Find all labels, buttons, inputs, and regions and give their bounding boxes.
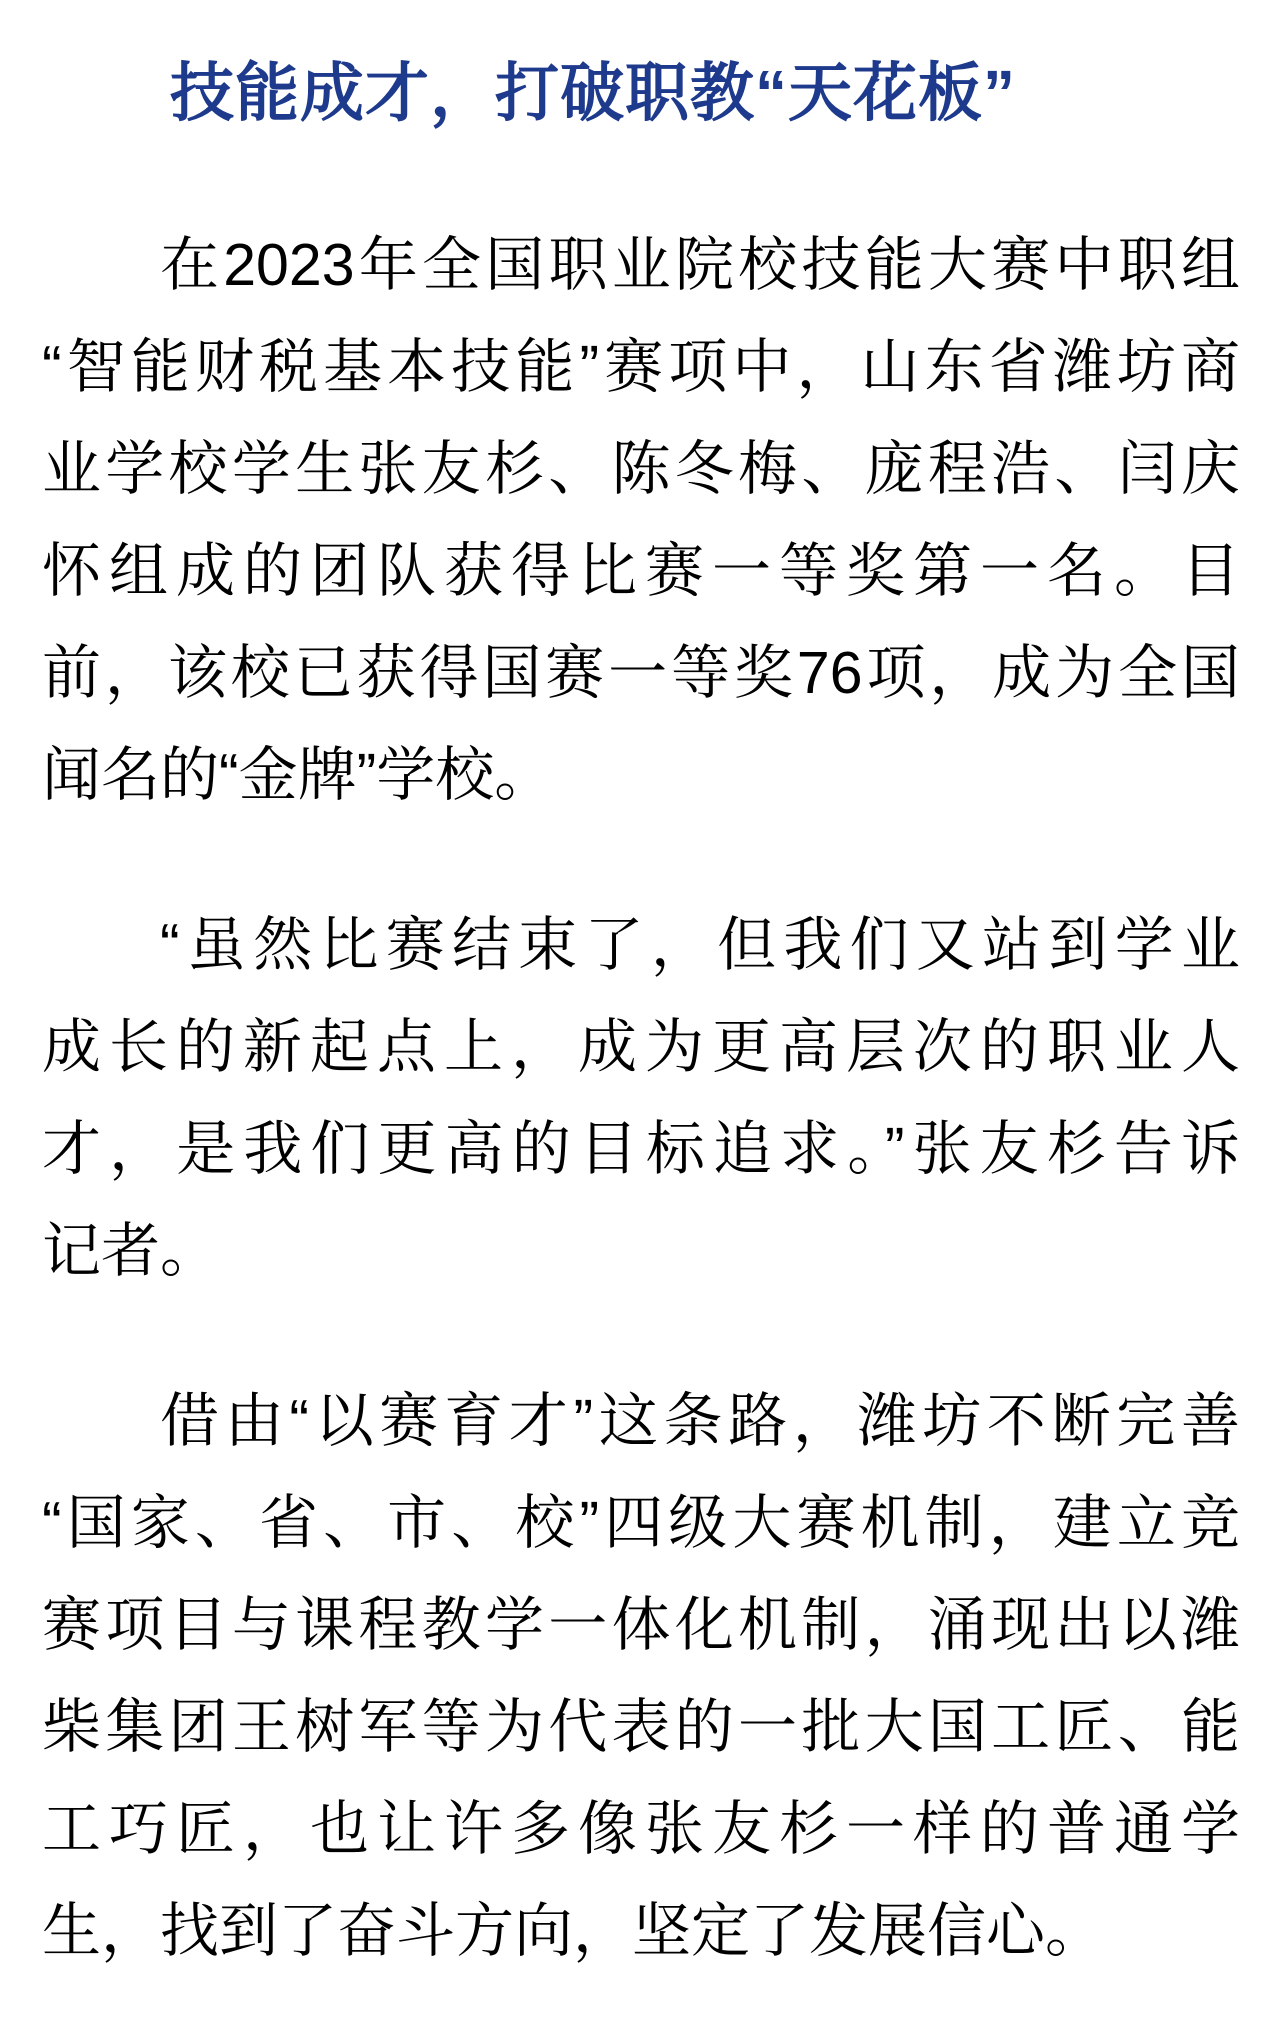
article-page: 技能成才，打破职教“天花板” 在2023年全国职业院校技能大赛中职组“智能财税基… [0,0,1284,2040]
article-title: 技能成才，打破职教“天花板” [42,42,1240,144]
text-line: 生，找到了奋斗方向，坚定了发展信心。 [42,1880,1240,1982]
text-line: 赛项目与课程教学一体化机制，涌现出以潍 [42,1574,1240,1676]
text-line: 闻名的“金牌”学校。 [42,724,1240,826]
paragraph-2: “虽然比赛结束了，但我们又站到学业成长的新起点上，成为更高层次的职业人才，是我们… [42,894,1240,1302]
text-line: 业学校学生张友杉、陈冬梅、庞程浩、闫庆 [42,418,1240,520]
text-line: 在2023年全国职业院校技能大赛中职组 [42,214,1240,316]
paragraph-3: 借由“以赛育才”这条路，潍坊不断完善“国家、省、市、校”四级大赛机制，建立竞赛项… [42,1370,1240,1982]
text-line: 才，是我们更高的目标追求。”张友杉告诉 [42,1098,1240,1200]
text-line: 柴集团王树军等为代表的一批大国工匠、能 [42,1676,1240,1778]
text-line: 前，该校已获得国赛一等奖76项，成为全国 [42,622,1240,724]
text-line: 成长的新起点上，成为更高层次的职业人 [42,996,1240,1098]
text-line: 怀组成的团队获得比赛一等奖第一名。目 [42,520,1240,622]
text-line: 记者。 [42,1200,1240,1302]
text-line: “智能财税基本技能”赛项中，山东省潍坊商 [42,316,1240,418]
paragraph-1: 在2023年全国职业院校技能大赛中职组“智能财税基本技能”赛项中，山东省潍坊商业… [42,214,1240,826]
text-line: “虽然比赛结束了，但我们又站到学业 [42,894,1240,996]
text-line: “国家、省、市、校”四级大赛机制，建立竞 [42,1472,1240,1574]
text-line: 借由“以赛育才”这条路，潍坊不断完善 [42,1370,1240,1472]
text-line: 工巧匠，也让许多像张友杉一样的普通学 [42,1778,1240,1880]
